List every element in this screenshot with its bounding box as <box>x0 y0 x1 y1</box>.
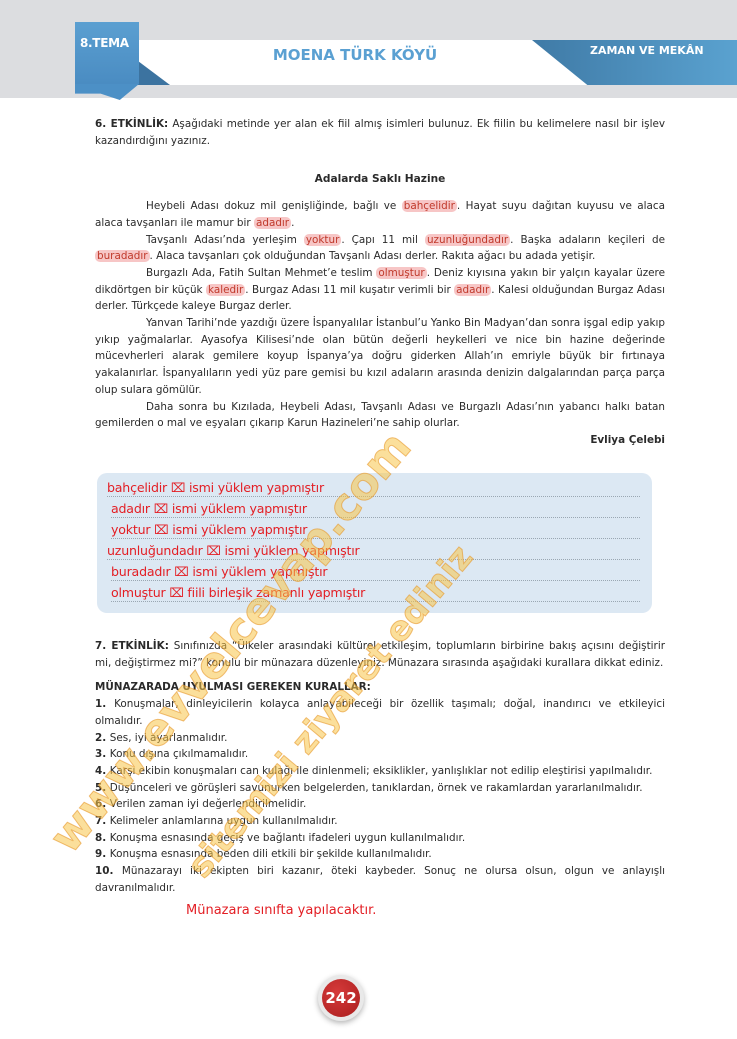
rule-item: 10. Münazarayı iki ekipten biri kazanır,… <box>95 863 665 896</box>
rule-text: Kelimeler anlamlarına uygun kullanılmalı… <box>110 815 338 827</box>
activity-7-label: 7. ETKİNLİK: <box>95 640 169 652</box>
rule-number: 3. <box>95 748 110 760</box>
rule-text: Karşı ekibin konuşmaları can kulağı ile … <box>110 765 653 777</box>
rule-number: 1. <box>95 698 114 710</box>
rule-text: Verilen zaman iyi değerlendirilmelidir. <box>110 798 306 810</box>
header-theme-tab <box>75 22 139 84</box>
answer-note: Münazara sınıfta yapılacaktır. <box>186 903 376 918</box>
answer-line: olmuştur ⌧ fiili birleşik zamanlı yapmış… <box>111 582 640 602</box>
activity-6-text: Aşağıdaki metinde yer alan ek fiil almış… <box>95 118 665 147</box>
rule-item: 9. Konuşma esnasında beden dili etkili b… <box>95 846 665 863</box>
theme-name: ZAMAN VE MEKÂN <box>590 44 704 57</box>
rule-number: 7. <box>95 815 110 827</box>
story-text: . Burgaz Adası 11 mil kuşatır verimli bi… <box>245 284 454 296</box>
rule-number: 2. <box>95 732 110 744</box>
story-text: . <box>291 217 294 229</box>
story-paragraph: Tavşanlı Adası’nda yerleşim yoktur. Çapı… <box>95 232 665 265</box>
activity-7-text: Sınıfınızda “Ülkeler arasındaki kültürel… <box>95 640 665 669</box>
highlighted-word: bahçelidir <box>402 200 457 212</box>
rule-item: 8. Konuşma esnasında geçiş ve bağlantı i… <box>95 830 665 847</box>
answer-text: adadır ⌧ ismi yüklem yapmıştır <box>111 501 307 516</box>
answer-text: buradadır ⌧ ismi yüklem yapmıştır <box>111 564 327 579</box>
unit-title: MOENA TÜRK KÖYÜ <box>240 46 470 64</box>
rule-text: Konuşma esnasında beden dili etkili bir … <box>110 848 432 860</box>
rule-text: Konuşmalar, dinleyicilerin kolayca anlay… <box>95 698 665 727</box>
rule-item: 1. Konuşmalar, dinleyicilerin kolayca an… <box>95 696 665 729</box>
story-text: . Çapı 11 mil <box>341 234 425 246</box>
rule-text: Konuşma esnasında geçiş ve bağlantı ifad… <box>110 832 465 844</box>
page-number: 242 <box>322 979 360 1017</box>
story-paragraph: Heybeli Adası dokuz mil genişliğinde, ba… <box>95 198 665 231</box>
rule-text: Konu dışına çıkılmamalıdır. <box>110 748 248 760</box>
answer-text: uzunluğundadır ⌧ ismi yüklem yapmıştır <box>107 543 359 558</box>
highlighted-word: adadır <box>454 284 491 296</box>
activity-7-instruction: 7. ETKİNLİK: Sınıfınızda “Ülkeler arasın… <box>95 638 665 671</box>
highlighted-word: olmuştur <box>376 267 426 279</box>
rule-item: 5. Düşünceleri ve görüşleri savunurken b… <box>95 780 665 797</box>
highlighted-word: kaledir <box>206 284 245 296</box>
story-paragraph: Burgazlı Ada, Fatih Sultan Mehmet’e tesl… <box>95 265 665 315</box>
rule-number: 8. <box>95 832 110 844</box>
rule-number: 9. <box>95 848 110 860</box>
story-text: Yanvan Tarihi’nde yazdığı üzere İspanyal… <box>95 317 665 396</box>
rule-number: 10. <box>95 865 122 877</box>
rule-item: 7. Kelimeler anlamlarına uygun kullanılm… <box>95 813 665 830</box>
story-text: Daha sonra bu Kızılada, Heybeli Adası, T… <box>95 401 665 430</box>
rule-text: Münazarayı iki ekipten biri kazanır, öte… <box>95 865 665 894</box>
rule-number: 5. <box>95 782 110 794</box>
answer-text: bahçelidir ⌧ ismi yüklem yapmıştır <box>107 480 324 495</box>
rule-text: Düşünceleri ve görüşleri savunurken belg… <box>110 782 643 794</box>
activity-7: 7. ETKİNLİK: Sınıfınızda “Ülkeler arasın… <box>95 638 665 897</box>
story-text: Tavşanlı Adası’nda yerleşim <box>146 234 304 246</box>
story-text: Burgazlı Ada, Fatih Sultan Mehmet’e tesl… <box>146 267 376 279</box>
answer-line: buradadır ⌧ ismi yüklem yapmıştır <box>111 561 640 581</box>
rule-item: 6. Verilen zaman iyi değerlendirilmelidi… <box>95 796 665 813</box>
theme-number: 8.TEMA <box>80 36 129 50</box>
story-author: Evliya Çelebi <box>95 432 665 449</box>
story-paragraph: Daha sonra bu Kızılada, Heybeli Adası, T… <box>95 399 665 432</box>
answer-line: bahçelidir ⌧ ismi yüklem yapmıştır <box>107 477 640 497</box>
highlighted-word: adadır <box>254 217 291 229</box>
story-text: . Başka adaların keçileri de <box>510 234 665 246</box>
answer-box: bahçelidir ⌧ ismi yüklem yapmıştır adadı… <box>97 473 652 613</box>
answer-text: olmuştur ⌧ fiili birleşik zamanlı yapmış… <box>111 585 365 600</box>
answer-line: adadır ⌧ ismi yüklem yapmıştır <box>111 498 640 518</box>
rules-title: MÜNAZARADA UYULMASI GEREKEN KURALLAR: <box>95 679 665 696</box>
activity-6: 6. ETKİNLİK: Aşağıdaki metinde yer alan … <box>95 116 665 449</box>
rules-list: 1. Konuşmalar, dinleyicilerin kolayca an… <box>95 696 665 896</box>
story-text: Heybeli Adası dokuz mil genişliğinde, ba… <box>146 200 402 212</box>
highlighted-word: buradadır <box>95 250 150 262</box>
rule-text: Ses, iyi ayarlanmalıdır. <box>110 732 228 744</box>
highlighted-word: yoktur <box>304 234 341 246</box>
rule-number: 4. <box>95 765 110 777</box>
story-paragraph: Yanvan Tarihi’nde yazdığı üzere İspanyal… <box>95 315 665 399</box>
rule-number: 6. <box>95 798 110 810</box>
activity-6-instruction: 6. ETKİNLİK: Aşağıdaki metinde yer alan … <box>95 116 665 149</box>
answer-line: yoktur ⌧ ismi yüklem yapmıştır <box>111 519 640 539</box>
rule-item: 4. Karşı ekibin konuşmaları can kulağı i… <box>95 763 665 780</box>
activity-6-label: 6. ETKİNLİK: <box>95 118 168 130</box>
story-body: Heybeli Adası dokuz mil genişliğinde, ba… <box>95 198 665 432</box>
rule-item: 2. Ses, iyi ayarlanmalıdır. <box>95 730 665 747</box>
page-number-badge: 242 <box>318 975 364 1021</box>
rule-item: 3. Konu dışına çıkılmamalıdır. <box>95 746 665 763</box>
story-title: Adalarda Saklı Hazine <box>95 171 665 188</box>
answer-text: yoktur ⌧ ismi yüklem yapmıştır <box>111 522 307 537</box>
answer-line: uzunluğundadır ⌧ ismi yüklem yapmıştır <box>107 540 640 560</box>
highlighted-word: uzunluğundadır <box>425 234 510 246</box>
story-text: . Alaca tavşanları çok olduğundan Tavşan… <box>150 250 596 262</box>
